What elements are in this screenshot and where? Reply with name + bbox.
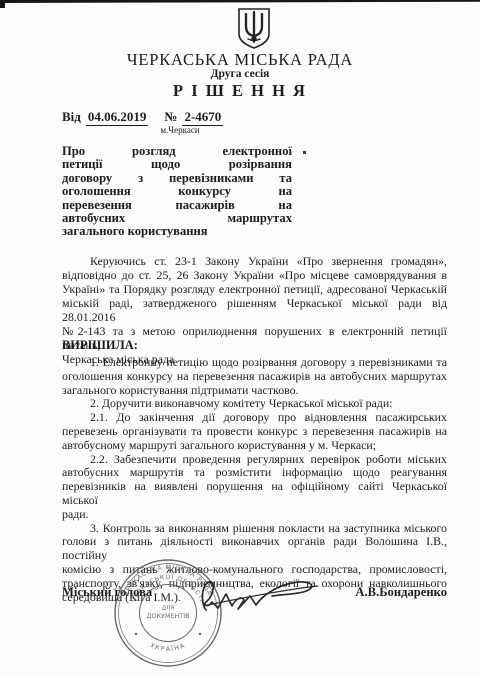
- resolved-heading: ВИРІШИЛА:: [62, 338, 138, 353]
- text-line: 2.2. Забезпечити проведення регулярних п…: [62, 453, 447, 467]
- signature-scribble: [192, 572, 332, 616]
- organization-name: ЧЕРКАСЬКА МІСЬКА РАДА: [0, 50, 480, 70]
- city-label: м.Черкаси: [125, 125, 235, 135]
- scan-artifact-mark: [0, 0, 5, 8]
- text-line: відповідно до ст. 25, 26 Закону України …: [62, 268, 447, 282]
- resolution-item-2-2: 2.2. Забезпечити проведення регулярних п…: [62, 453, 447, 522]
- text-line: договору з перевізниками та: [62, 172, 292, 185]
- text-line: загального користування підтримати частк…: [62, 384, 447, 398]
- text-line: перевезення пасажирів на: [62, 199, 292, 212]
- stamp-divider-dot: [199, 633, 201, 635]
- text-line: оголошення конкурсу на перевезення пасаж…: [62, 370, 447, 384]
- text-line: перевезень організувати та провести конк…: [62, 425, 447, 439]
- date-number-row: Від04.06.2019№2-4670: [62, 109, 223, 125]
- stamp-center-line1: ДЛЯ: [162, 606, 175, 612]
- text-line: оголошення конкурсу на: [62, 185, 292, 198]
- document-number: 2-4670: [182, 109, 223, 126]
- text-line: Про розгляд електронної: [62, 145, 292, 158]
- resolution-item-2: 2. Доручити виконавчому комітету Черкась…: [62, 397, 447, 411]
- svg-text:УКРАЇНА: УКРАЇНА: [149, 642, 187, 653]
- text-line: 2. Доручити виконавчому комітету Черкась…: [62, 397, 447, 411]
- scan-artifact-dot: [303, 151, 306, 154]
- text-line: автобусному маршруті загального користув…: [62, 439, 447, 453]
- document-page: ЧЕРКАСЬКА МІСЬКА РАДА Друга сесія Р І Ш …: [0, 0, 480, 676]
- stamp-bottom-text: УКРАЇНА: [149, 642, 187, 653]
- text-line: автобусних маршрутах: [62, 212, 292, 225]
- subject-paragraph: Про розгляд електронноїпетиції щодо розі…: [62, 145, 292, 239]
- text-line: Керуючись ст. 23-1 Закону України «Про з…: [62, 254, 447, 268]
- text-line: 1. Електронну петицію щодо розірвання до…: [62, 356, 447, 370]
- stamp-divider-dot: [135, 633, 137, 635]
- document-type-title: Р І Ш Е Н Н Я: [0, 81, 480, 101]
- text-line: 3. Контроль за виконанням рішення поклас…: [62, 522, 447, 536]
- stamp-center-line2: ДОКУМЕНТІВ: [147, 612, 190, 620]
- text-line: міській раді, затвердженого рішенням Чер…: [62, 296, 447, 324]
- text-line: петиції щодо розірвання: [62, 158, 292, 171]
- ukraine-coat-of-arms-icon: [236, 8, 272, 49]
- number-label: №: [164, 109, 177, 124]
- date-label: Від: [62, 109, 81, 124]
- text-line: автобусних маршрутів та розмістити інфор…: [62, 466, 447, 480]
- text-line: загального користування: [62, 225, 292, 238]
- text-line: ради.: [62, 508, 447, 522]
- document-date: 04.06.2019: [86, 109, 149, 126]
- resolution-item-1: 1. Електронну петицію щодо розірвання до…: [62, 356, 447, 397]
- text-line: 2.1. До закінчення дії договору про відн…: [62, 411, 447, 425]
- resolution-item-2-1: 2.1. До закінчення дії договору про відн…: [62, 411, 447, 452]
- scan-artifact-line: [0, 0, 480, 3]
- session-title: Друга сесія: [0, 68, 480, 80]
- signer-name: А.В.Бондаренко: [355, 585, 447, 600]
- text-line: перевізників на виявлені порушення на оф…: [62, 480, 447, 508]
- text-line: Україні» та Порядку розгляду електронної…: [62, 282, 447, 296]
